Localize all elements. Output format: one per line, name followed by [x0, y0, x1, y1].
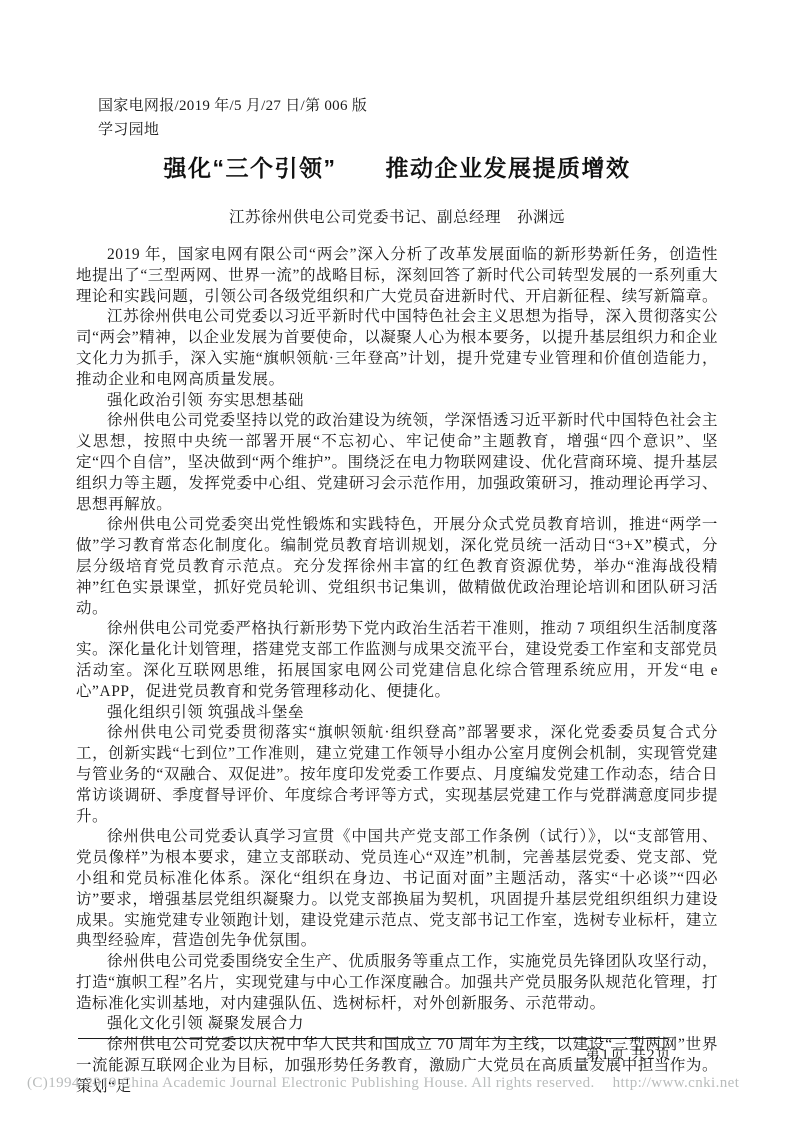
article-paragraph: 徐州供电公司党委突出党性锻炼和实践特色，开展分众式党员教育培训，推进“两学一做”… [76, 515, 718, 619]
section-heading: 强化政治引领 夯实思想基础 [76, 391, 718, 412]
article-paragraph: 徐州供电公司党委严格执行新形势下党内政治生活若干准则，推动 7 项组织生活制度落… [76, 619, 718, 702]
document-page: 国家电网报/2019 年/5 月/27 日/第 006 版 学习园地 强化“三个… [0, 0, 793, 1122]
section-heading: 强化文化引领 凝聚发展合力 [76, 1014, 718, 1035]
section-heading: 强化组织引领 筑强战斗堡垒 [76, 703, 718, 724]
article-paragraph: 徐州供电公司党委围绕安全生产、优质服务等重点工作，实施党员先锋团队攻坚行动，打造… [76, 952, 718, 1014]
copyright-url: http://www.cnki.net [613, 1075, 740, 1091]
source-line: 国家电网报/2019 年/5 月/27 日/第 006 版 [98, 95, 367, 119]
article-paragraph: 江苏徐州供电公司党委以习近平新时代中国特色社会主义思想为指导，深入贯彻落实公司“… [76, 307, 718, 390]
copyright-line: (C)1994-2019 China Academic Journal Elec… [27, 1075, 767, 1092]
copyright-text: (C)1994-2019 China Academic Journal Elec… [27, 1075, 595, 1091]
article-paragraph: 2019 年，国家电网有限公司“两会”深入分析了改革发展面临的新形势新任务，创造… [76, 245, 718, 307]
article-title: 强化“三个引领” 推动企业发展提质增效 [76, 150, 718, 183]
article-byline: 江苏徐州供电公司党委书记、副总经理 孙渊远 [76, 205, 718, 227]
page-indicator: 第1页 共2页 [78, 1043, 672, 1064]
footer-divider [78, 1038, 668, 1039]
document-header: 国家电网报/2019 年/5 月/27 日/第 006 版 学习园地 [98, 95, 367, 142]
column-line: 学习园地 [98, 119, 367, 143]
article-paragraph: 徐州供电公司党委贯彻落实“旗帜领航·组织登高”部署要求，深化党委委员复合式分工，… [76, 723, 718, 827]
article-paragraph: 徐州供电公司党委坚持以党的政治建设为统领，学深悟透习近平新时代中国特色社会主义思… [76, 411, 718, 515]
article-paragraph: 徐州供电公司党委认真学习宣贯《中国共产党支部工作条例（试行）》，以“支部管用、党… [76, 827, 718, 952]
article-body: 2019 年，国家电网有限公司“两会”深入分析了改革发展面临的新形势新任务，创造… [76, 245, 718, 1098]
